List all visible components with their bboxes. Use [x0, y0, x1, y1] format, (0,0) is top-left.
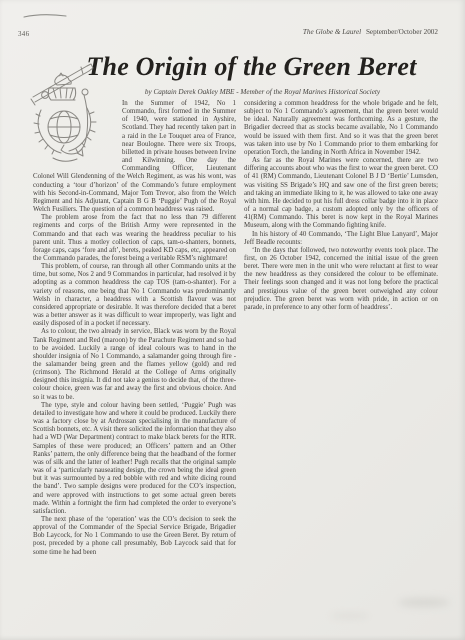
article-body: In the Summer of 1942, No 1 Commando, fi… — [33, 100, 438, 557]
scan-smudge — [330, 613, 370, 619]
article-paragraph: The next phase of the ‘operation’ was th… — [33, 516, 236, 557]
issue-date: September/October 2002 — [366, 28, 438, 36]
article-title: The Origin of the Green Beret — [58, 52, 445, 82]
badge-text-wrap-spacer — [33, 100, 117, 166]
page-number: 346 — [18, 30, 29, 38]
article-byline: by Captain Derek Oakley MBE - Member of … — [80, 88, 445, 96]
article-paragraph: As to colour, the two already in service… — [33, 328, 236, 401]
running-header: The Globe & Laurel September/October 200… — [303, 28, 438, 36]
right-column: considering a common headdress for the w… — [244, 100, 438, 557]
scanned-magazine-page: 346 The Globe & Laurel September/October… — [0, 0, 465, 640]
article-paragraph: ‘In the days that followed, two notewort… — [244, 247, 438, 312]
journal-name: The Globe & Laurel — [303, 28, 361, 36]
article-paragraph: In his history of 40 Commando, ‘The Ligh… — [244, 231, 438, 247]
article-paragraph: considering a common headdress for the w… — [244, 100, 438, 157]
scan-pen-mark — [22, 12, 68, 20]
article-paragraph: The problem arose from the fact that no … — [33, 214, 236, 263]
article-paragraph: This problem, of course, ran through all… — [33, 263, 236, 328]
article-paragraph: The type, style and colour having been s… — [33, 402, 236, 516]
article-paragraph: As far as the Royal Marines were concern… — [244, 157, 438, 230]
left-column: In the Summer of 1942, No 1 Commando, fi… — [33, 100, 236, 557]
scan-smudge — [398, 598, 450, 607]
